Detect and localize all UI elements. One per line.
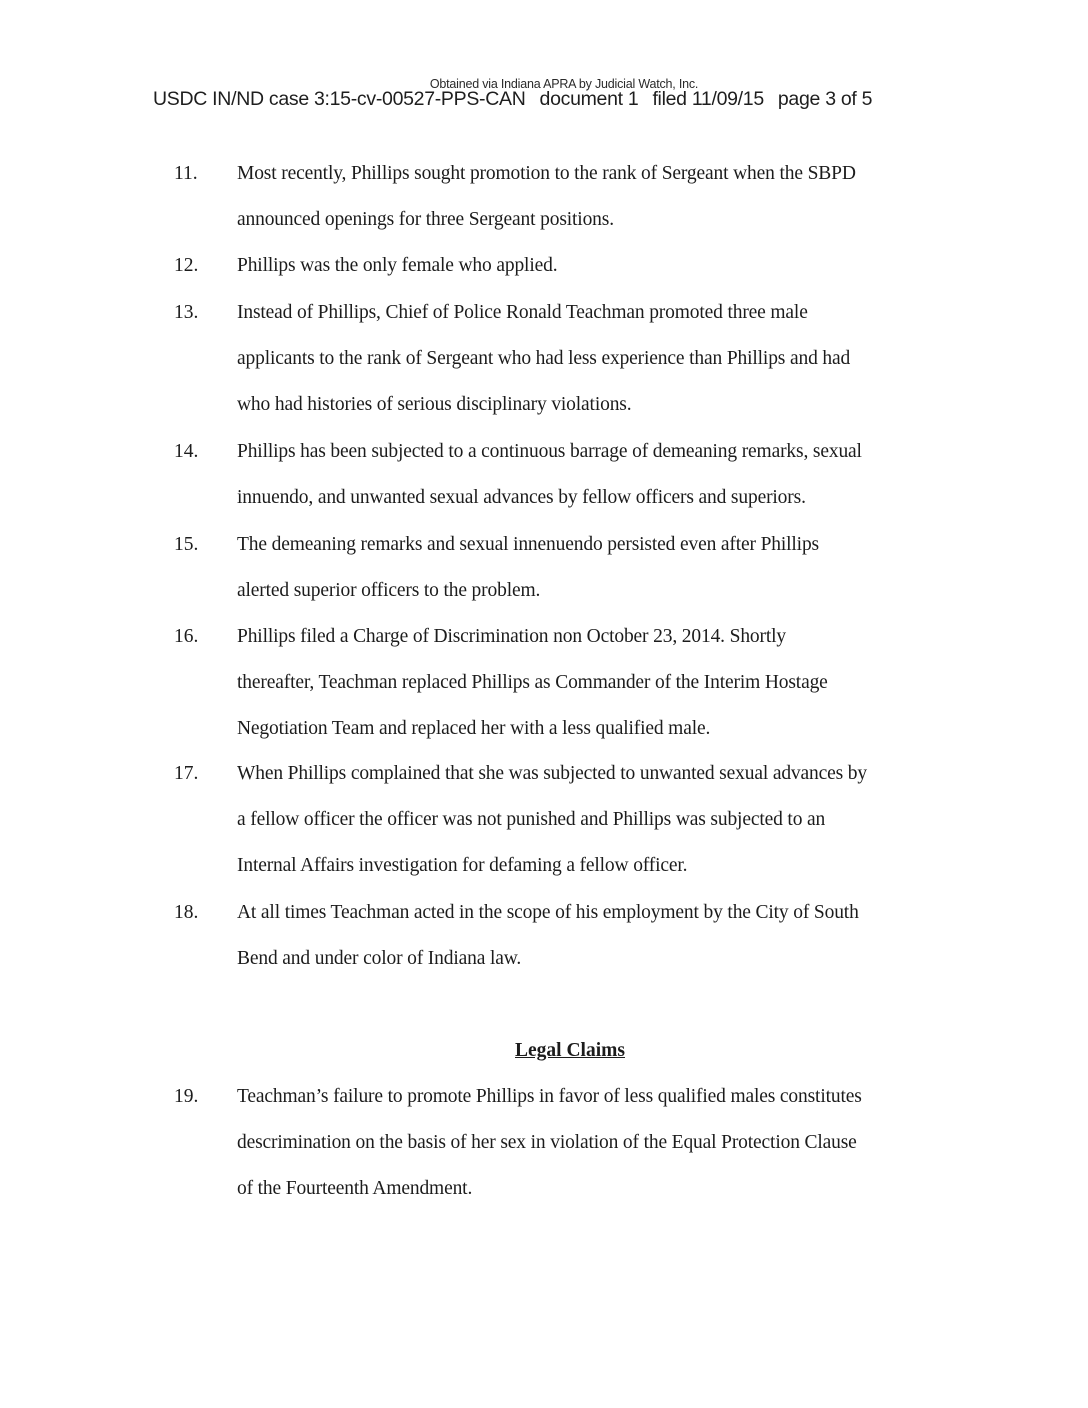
paragraph-line: thereafter, Teachman replaced Phillips a… <box>237 672 828 694</box>
paragraph-line: Phillips has been subjected to a continu… <box>237 441 862 463</box>
paragraph-line: Teachman’s failure to promote Phillips i… <box>237 1086 862 1108</box>
paragraph-line: who had histories of serious disciplinar… <box>237 394 631 416</box>
paragraph-number: 15. <box>174 534 198 556</box>
paragraph-line: At all times Teachman acted in the scope… <box>237 902 859 924</box>
paragraph-number: 14. <box>174 441 198 463</box>
paragraph-line: Instead of Phillips, Chief of Police Ron… <box>237 302 808 324</box>
paragraph-line: The demeaning remarks and sexual innenue… <box>237 534 819 556</box>
page-number: page 3 of 5 <box>778 88 872 110</box>
paragraph-line: applicants to the rank of Sergeant who h… <box>237 348 850 370</box>
paragraph-line: innuendo, and unwanted sexual advances b… <box>237 487 806 509</box>
paragraph-line: Phillips filed a Charge of Discriminatio… <box>237 626 786 648</box>
paragraph-number: 17. <box>174 763 198 785</box>
paragraph-line: descrimination on the basis of her sex i… <box>237 1132 857 1154</box>
section-heading: Legal Claims <box>0 1040 1088 1062</box>
paragraph-line: Bend and under color of Indiana law. <box>237 948 521 970</box>
paragraph-number: 11. <box>174 163 198 185</box>
paragraph-line: of the Fourteenth Amendment. <box>237 1178 472 1200</box>
filed-date: filed 11/09/15 <box>652 88 763 110</box>
paragraph-line: Phillips was the only female who applied… <box>237 255 557 277</box>
paragraph-number: 12. <box>174 255 198 277</box>
paragraph-number: 13. <box>174 302 198 324</box>
paragraph-number: 18. <box>174 902 198 924</box>
paragraph-line: Negotiation Team and replaced her with a… <box>237 718 710 740</box>
paragraph-line: Most recently, Phillips sought promotion… <box>237 163 856 185</box>
case-number: USDC IN/ND case 3:15-cv-00527-PPS-CAN <box>153 88 526 110</box>
paragraph-number: 19. <box>174 1086 198 1108</box>
paragraph-line: a fellow officer the officer was not pun… <box>237 809 825 831</box>
paragraph-line: When Phillips complained that she was su… <box>237 763 867 785</box>
paragraph-line: alerted superior officers to the problem… <box>237 580 540 602</box>
document-number: document 1 <box>540 88 639 110</box>
document-page: Obtained via Indiana APRA by Judicial Wa… <box>0 0 1088 1408</box>
paragraph-line: Internal Affairs investigation for defam… <box>237 855 687 877</box>
paragraph-line: announced openings for three Sergeant po… <box>237 209 614 231</box>
case-header: USDC IN/ND case 3:15-cv-00527-PPS-CANdoc… <box>153 88 886 111</box>
paragraph-number: 16. <box>174 626 198 648</box>
